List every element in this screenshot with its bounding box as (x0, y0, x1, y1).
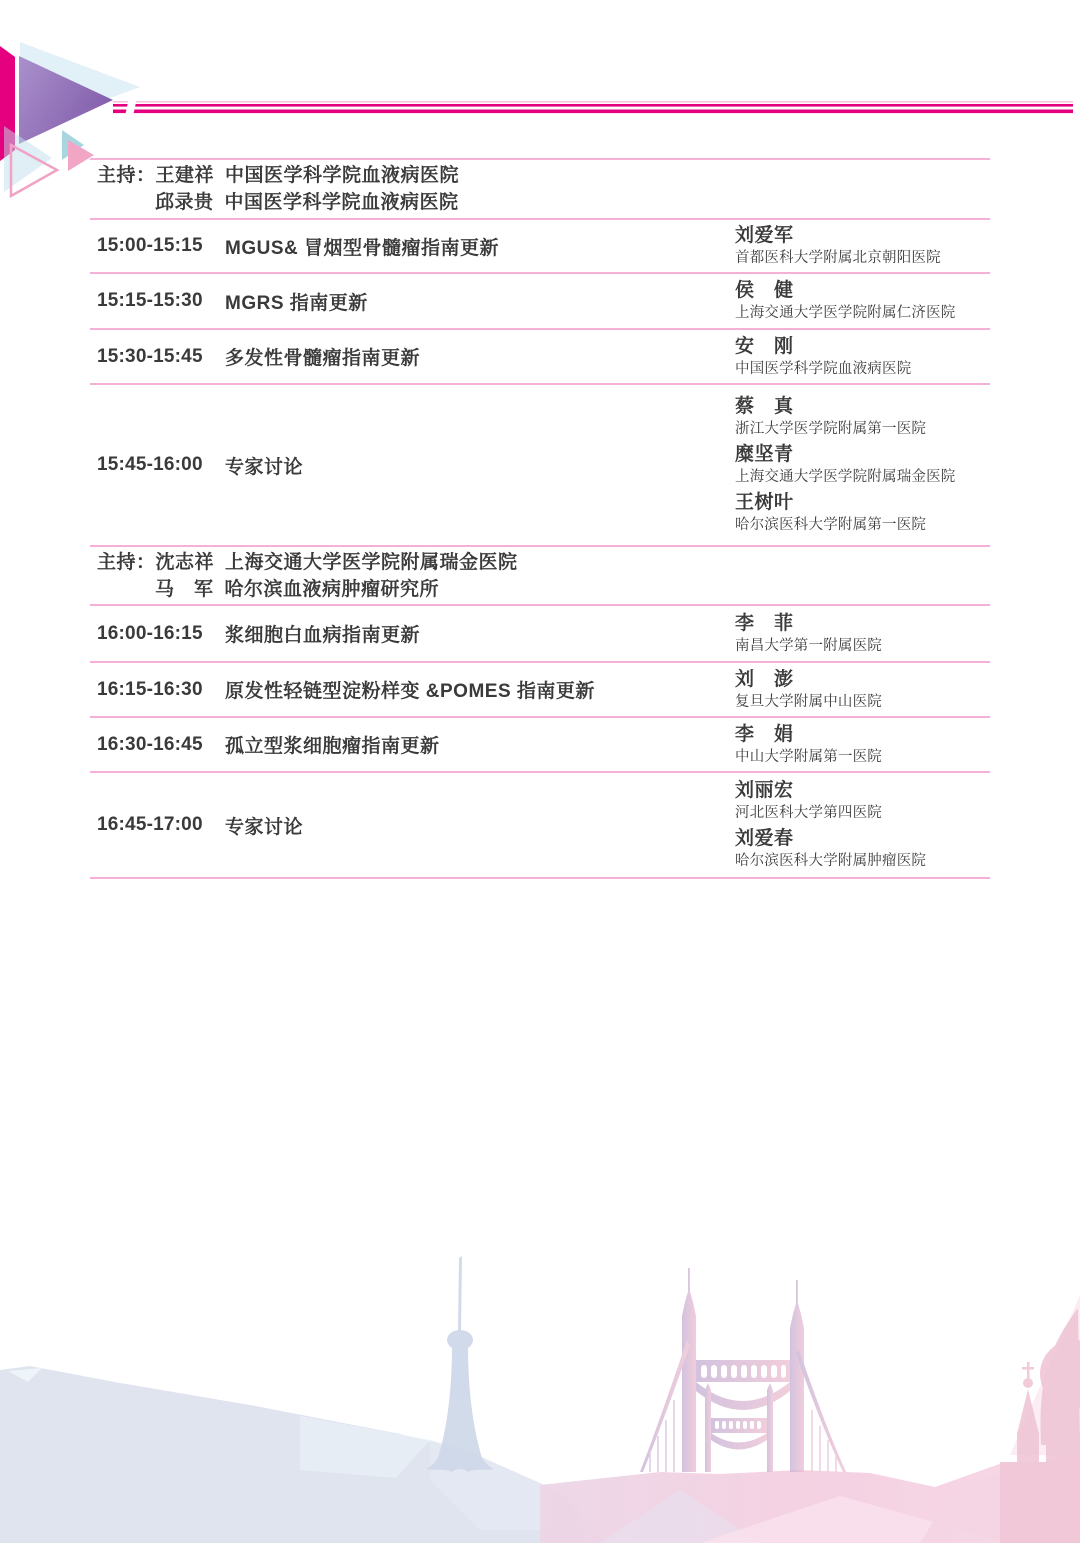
speakers-cell: 李 娟 中山大学附属第一医院 (735, 720, 990, 770)
chair-row: 主持：沈志祥上海交通大学医学院附属瑞金医院 马 军哈尔滨血液病肿瘤研究所 (90, 547, 990, 606)
speaker-affiliation: 哈尔滨医科大学附属第一医院 (735, 515, 990, 536)
speaker-name: 刘 澎 (735, 667, 990, 692)
speakers-cell: 蔡 真 浙江大学医学院附属第一医院 糜坚青 上海交通大学医学院附属瑞金医院 王树… (735, 392, 990, 538)
time-cell: 15:15-15:30 (90, 290, 225, 312)
session-row: 15:30-15:45 多发性骨髓瘤指南更新 安 刚 中国医学科学院血液病医院 (90, 330, 990, 385)
speaker-affiliation: 首都医科大学附属北京朝阳医院 (735, 248, 990, 269)
chair-name: 沈志祥 (156, 552, 215, 573)
speaker: 刘丽宏 河北医科大学第四医院 (735, 778, 990, 824)
chair-affiliation: 哈尔滨血液病肿瘤研究所 (225, 579, 440, 600)
session-row: 16:15-16:30 原发性轻链型淀粉样变 &POMES 指南更新 刘 澎 复… (90, 663, 990, 718)
time-cell: 16:00-16:15 (90, 623, 225, 645)
chair-name: 王建祥 (156, 165, 215, 186)
chair-line: 邱录贵中国医学科学院血液病医院 (97, 189, 459, 216)
speaker-affiliation: 上海交通大学医学院附属仁济医院 (735, 303, 990, 324)
speakers-cell: 刘丽宏 河北医科大学第四医院 刘爱春 哈尔滨医科大学附属肿瘤医院 (735, 776, 990, 874)
skyline-decoration (0, 1240, 1080, 1543)
speaker: 安 刚 中国医学科学院血液病医院 (735, 334, 990, 380)
speaker: 刘 澎 复旦大学附属中山医院 (735, 667, 990, 713)
title-cell: 浆细胞白血病指南更新 (225, 620, 735, 647)
time-cell: 15:00-15:15 (90, 235, 225, 257)
title-cell: 孤立型浆细胞瘤指南更新 (225, 731, 735, 758)
lowpoly-washes (0, 1295, 1080, 1543)
speaker-affiliation: 河北医科大学第四医院 (735, 803, 990, 824)
speaker-affiliation: 浙江大学医学院附属第一医院 (735, 419, 990, 440)
chair-label: 主持： (97, 552, 156, 573)
speaker-name: 刘爱军 (735, 223, 990, 248)
speaker: 刘爱春 哈尔滨医科大学附属肿瘤医院 (735, 826, 990, 872)
session-row: 15:15-15:30 MGRS 指南更新 侯 健 上海交通大学医学院附属仁济医… (90, 274, 990, 330)
speaker-name: 安 刚 (735, 334, 990, 359)
speaker-name: 蔡 真 (735, 394, 990, 419)
speaker-affiliation: 南昌大学第一附属医院 (735, 636, 990, 657)
session-row: 15:00-15:15 MGUS& 冒烟型骨髓瘤指南更新 刘爱军 首都医科大学附… (90, 220, 990, 274)
session-row: 16:45-17:00 专家讨论 刘丽宏 河北医科大学第四医院 刘爱春 哈尔滨医… (90, 773, 990, 879)
time-cell: 15:30-15:45 (90, 346, 225, 368)
chair-name: 邱录贵 (155, 192, 214, 213)
time-cell: 16:45-17:00 (90, 814, 225, 836)
chair-affiliation: 中国医学科学院血液病医院 (225, 192, 459, 213)
title-cell: 专家讨论 (225, 452, 735, 479)
title-cell: 原发性轻链型淀粉样变 &POMES 指南更新 (225, 676, 735, 703)
speaker-affiliation: 上海交通大学医学院附属瑞金医院 (735, 467, 990, 488)
title-cell: 专家讨论 (225, 812, 735, 839)
chair-label: 主持： (97, 165, 156, 186)
chair-line: 主持：王建祥中国医学科学院血液病医院 (97, 162, 459, 189)
double-accent-line (113, 98, 1073, 116)
session-row: 15:45-16:00 专家讨论 蔡 真 浙江大学医学院附属第一医院 糜坚青 上… (90, 385, 990, 547)
speaker: 侯 健 上海交通大学医学院附属仁济医院 (735, 278, 990, 324)
speaker: 蔡 真 浙江大学医学院附属第一医院 (735, 394, 990, 440)
time-cell: 16:30-16:45 (90, 734, 225, 756)
speakers-cell: 安 刚 中国医学科学院血液病医院 (735, 332, 990, 382)
speaker-name: 侯 健 (735, 278, 990, 303)
speaker: 刘爱军 首都医科大学附属北京朝阳医院 (735, 223, 990, 269)
speaker-name: 王树叶 (735, 490, 990, 515)
speakers-cell: 刘爱军 首都医科大学附属北京朝阳医院 (735, 221, 990, 271)
chair-line: 主持：沈志祥上海交通大学医学院附属瑞金医院 (97, 549, 518, 576)
speaker-affiliation: 中山大学附属第一医院 (735, 747, 990, 768)
speaker-affiliation: 中国医学科学院血液病医院 (735, 359, 990, 380)
session-row: 16:30-16:45 孤立型浆细胞瘤指南更新 李 娟 中山大学附属第一医院 (90, 718, 990, 773)
chair-lines: 主持：沈志祥上海交通大学医学院附属瑞金医院 马 军哈尔滨血液病肿瘤研究所 (90, 549, 518, 603)
chair-row: 主持：王建祥中国医学科学院血液病医院 邱录贵中国医学科学院血液病医院 (90, 160, 990, 220)
speaker-affiliation: 哈尔滨医科大学附属肿瘤医院 (735, 851, 990, 872)
title-cell: MGUS& 冒烟型骨髓瘤指南更新 (225, 233, 735, 260)
speaker: 李 菲 南昌大学第一附属医院 (735, 611, 990, 657)
chair-lines: 主持：王建祥中国医学科学院血液病医院 邱录贵中国医学科学院血液病医院 (90, 162, 459, 216)
chair-name: 马 军 (155, 579, 214, 600)
chair-line: 马 军哈尔滨血液病肿瘤研究所 (97, 576, 518, 603)
schedule-table: 主持：王建祥中国医学科学院血液病医院 邱录贵中国医学科学院血液病医院 15:00… (90, 158, 990, 879)
speaker-name: 糜坚青 (735, 442, 990, 467)
chair-affiliation: 上海交通大学医学院附属瑞金医院 (225, 552, 518, 573)
dragon-tower-silhouette (426, 1256, 494, 1472)
speaker-name: 刘爱春 (735, 826, 990, 851)
title-cell: MGRS 指南更新 (225, 288, 735, 315)
speakers-cell: 李 菲 南昌大学第一附属医院 (735, 609, 990, 659)
bridge-silhouette (640, 1268, 846, 1472)
speaker: 李 娟 中山大学附属第一医院 (735, 722, 990, 768)
program-page: 主持：王建祥中国医学科学院血液病医院 邱录贵中国医学科学院血液病医院 15:00… (0, 0, 1080, 1543)
speaker-affiliation: 复旦大学附属中山医院 (735, 692, 990, 713)
speakers-cell: 刘 澎 复旦大学附属中山医院 (735, 665, 990, 715)
speaker: 王树叶 哈尔滨医科大学附属第一医院 (735, 490, 990, 536)
speakers-cell: 侯 健 上海交通大学医学院附属仁济医院 (735, 276, 990, 326)
chair-affiliation: 中国医学科学院血液病医院 (225, 165, 459, 186)
title-cell: 多发性骨髓瘤指南更新 (225, 343, 735, 370)
speaker-name: 刘丽宏 (735, 778, 990, 803)
speaker: 糜坚青 上海交通大学医学院附属瑞金医院 (735, 442, 990, 488)
time-cell: 16:15-16:30 (90, 679, 225, 701)
speaker-name: 李 菲 (735, 611, 990, 636)
session-row: 16:00-16:15 浆细胞白血病指南更新 李 菲 南昌大学第一附属医院 (90, 606, 990, 663)
speaker-name: 李 娟 (735, 722, 990, 747)
time-cell: 15:45-16:00 (90, 454, 225, 476)
